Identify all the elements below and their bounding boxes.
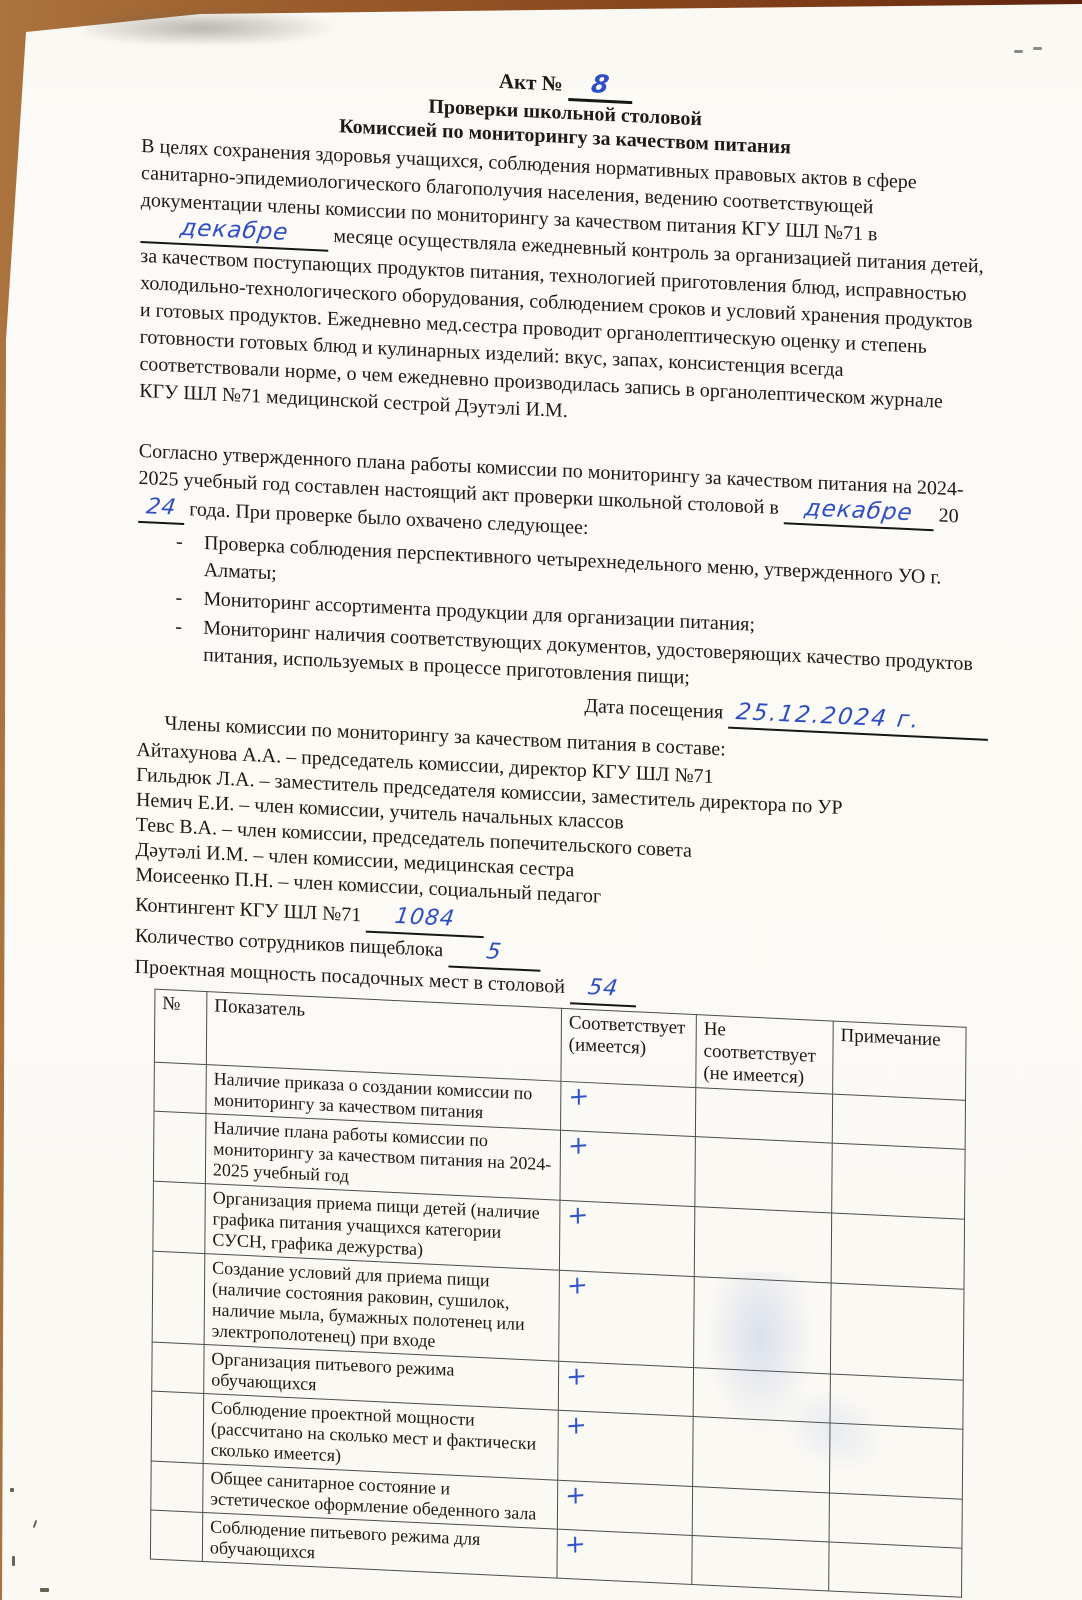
cell-row-number <box>151 1391 204 1463</box>
cell-indicator: Создание условий для приема пищи (наличи… <box>204 1254 559 1362</box>
cell-row-number <box>151 1461 203 1512</box>
scan-speck <box>10 1488 14 1492</box>
cell-note <box>832 1143 965 1219</box>
year-blank: 24 <box>138 494 184 525</box>
cell-note <box>831 1213 964 1289</box>
cell-note <box>830 1283 964 1380</box>
scan-speck <box>12 1556 15 1566</box>
cell-match: + <box>558 1410 693 1486</box>
document-content: Акт № 8 Проверки школьной столовой Комис… <box>130 50 989 1598</box>
scan-smudge <box>86 8 344 44</box>
bullet-dash: - <box>175 585 203 613</box>
cell-note <box>829 1542 962 1597</box>
header-not-match: Не соответствует (не имеется) <box>696 1015 833 1094</box>
header-number: № <box>154 989 207 1064</box>
month-blank-2: декабре <box>784 495 934 531</box>
act-number-blank: 8 <box>568 70 632 104</box>
check-plus-mark: + <box>566 1414 587 1437</box>
cell-row-number <box>153 1181 206 1253</box>
stat-value-handwritten: 5 <box>485 943 503 962</box>
cell-row-number <box>152 1251 205 1344</box>
month-handwritten: декабре <box>179 218 290 243</box>
inspection-table: № Показатель Соответствует (имеется) Не … <box>150 989 967 1598</box>
cell-row-number <box>150 1510 202 1561</box>
header-note: Примечание <box>833 1021 966 1100</box>
cell-match: + <box>557 1529 692 1584</box>
stat-value-handwritten: 54 <box>587 979 620 998</box>
cell-not-match <box>692 1535 829 1590</box>
act-label: Акт № <box>499 69 563 96</box>
scan-speck <box>40 1588 49 1592</box>
paragraph-1-text-cont: месяце осуществляла ежедневный контроль … <box>139 225 984 422</box>
visit-date-blank: 25.12.2024 г. <box>728 700 988 741</box>
cell-not-match <box>692 1487 829 1542</box>
cell-match: + <box>557 1480 692 1535</box>
cell-match: + <box>559 1200 694 1276</box>
cell-row-number <box>154 1062 206 1113</box>
cell-note <box>829 1493 962 1548</box>
year-handwritten: 24 <box>145 498 178 517</box>
check-plus-mark: + <box>566 1365 587 1388</box>
year-printed: 20 <box>939 505 959 528</box>
month-handwritten-2: декабре <box>803 498 914 523</box>
bullet-dash: - <box>176 529 204 584</box>
cell-match: + <box>559 1270 695 1367</box>
stat-value-handwritten: 1084 <box>394 908 457 929</box>
visit-date-handwritten: 25.12.2024 г. <box>735 703 922 730</box>
cell-not-match <box>695 1137 832 1213</box>
bullet-dash: - <box>175 614 203 669</box>
table-body: Наличие приказа о создании комиссии по м… <box>150 1062 965 1597</box>
cell-match: + <box>558 1361 693 1416</box>
paragraph-1: В целях сохранения здоровья учащихся, со… <box>139 133 988 445</box>
cell-row-number <box>152 1342 204 1393</box>
scan-mark <box>1033 47 1042 50</box>
visit-date-label: Дата посещения <box>584 695 723 724</box>
cell-row-number <box>153 1111 206 1183</box>
check-plus-mark: + <box>565 1533 586 1556</box>
cell-note <box>832 1094 965 1149</box>
check-plus-mark: + <box>567 1274 588 1297</box>
cell-not-match <box>695 1088 832 1143</box>
cell-match: + <box>560 1130 695 1206</box>
check-plus-mark: + <box>568 1134 589 1157</box>
stat-label: Контингент КГУ ШЛ №71 <box>135 894 361 927</box>
check-plus-mark: + <box>568 1085 589 1108</box>
stat-blank: 54 <box>570 973 636 1007</box>
scan-mark <box>1014 50 1023 53</box>
header-match: Соответствует (имеется) <box>561 1008 696 1087</box>
check-plus-mark: + <box>567 1204 588 1227</box>
scanned-document-photo: Акт № 8 Проверки школьной столовой Комис… <box>0 0 1082 1600</box>
check-plus-mark: + <box>565 1484 586 1507</box>
cell-match: + <box>561 1081 696 1136</box>
stat-blank: 5 <box>448 936 540 971</box>
act-number-handwritten: 8 <box>590 74 610 95</box>
